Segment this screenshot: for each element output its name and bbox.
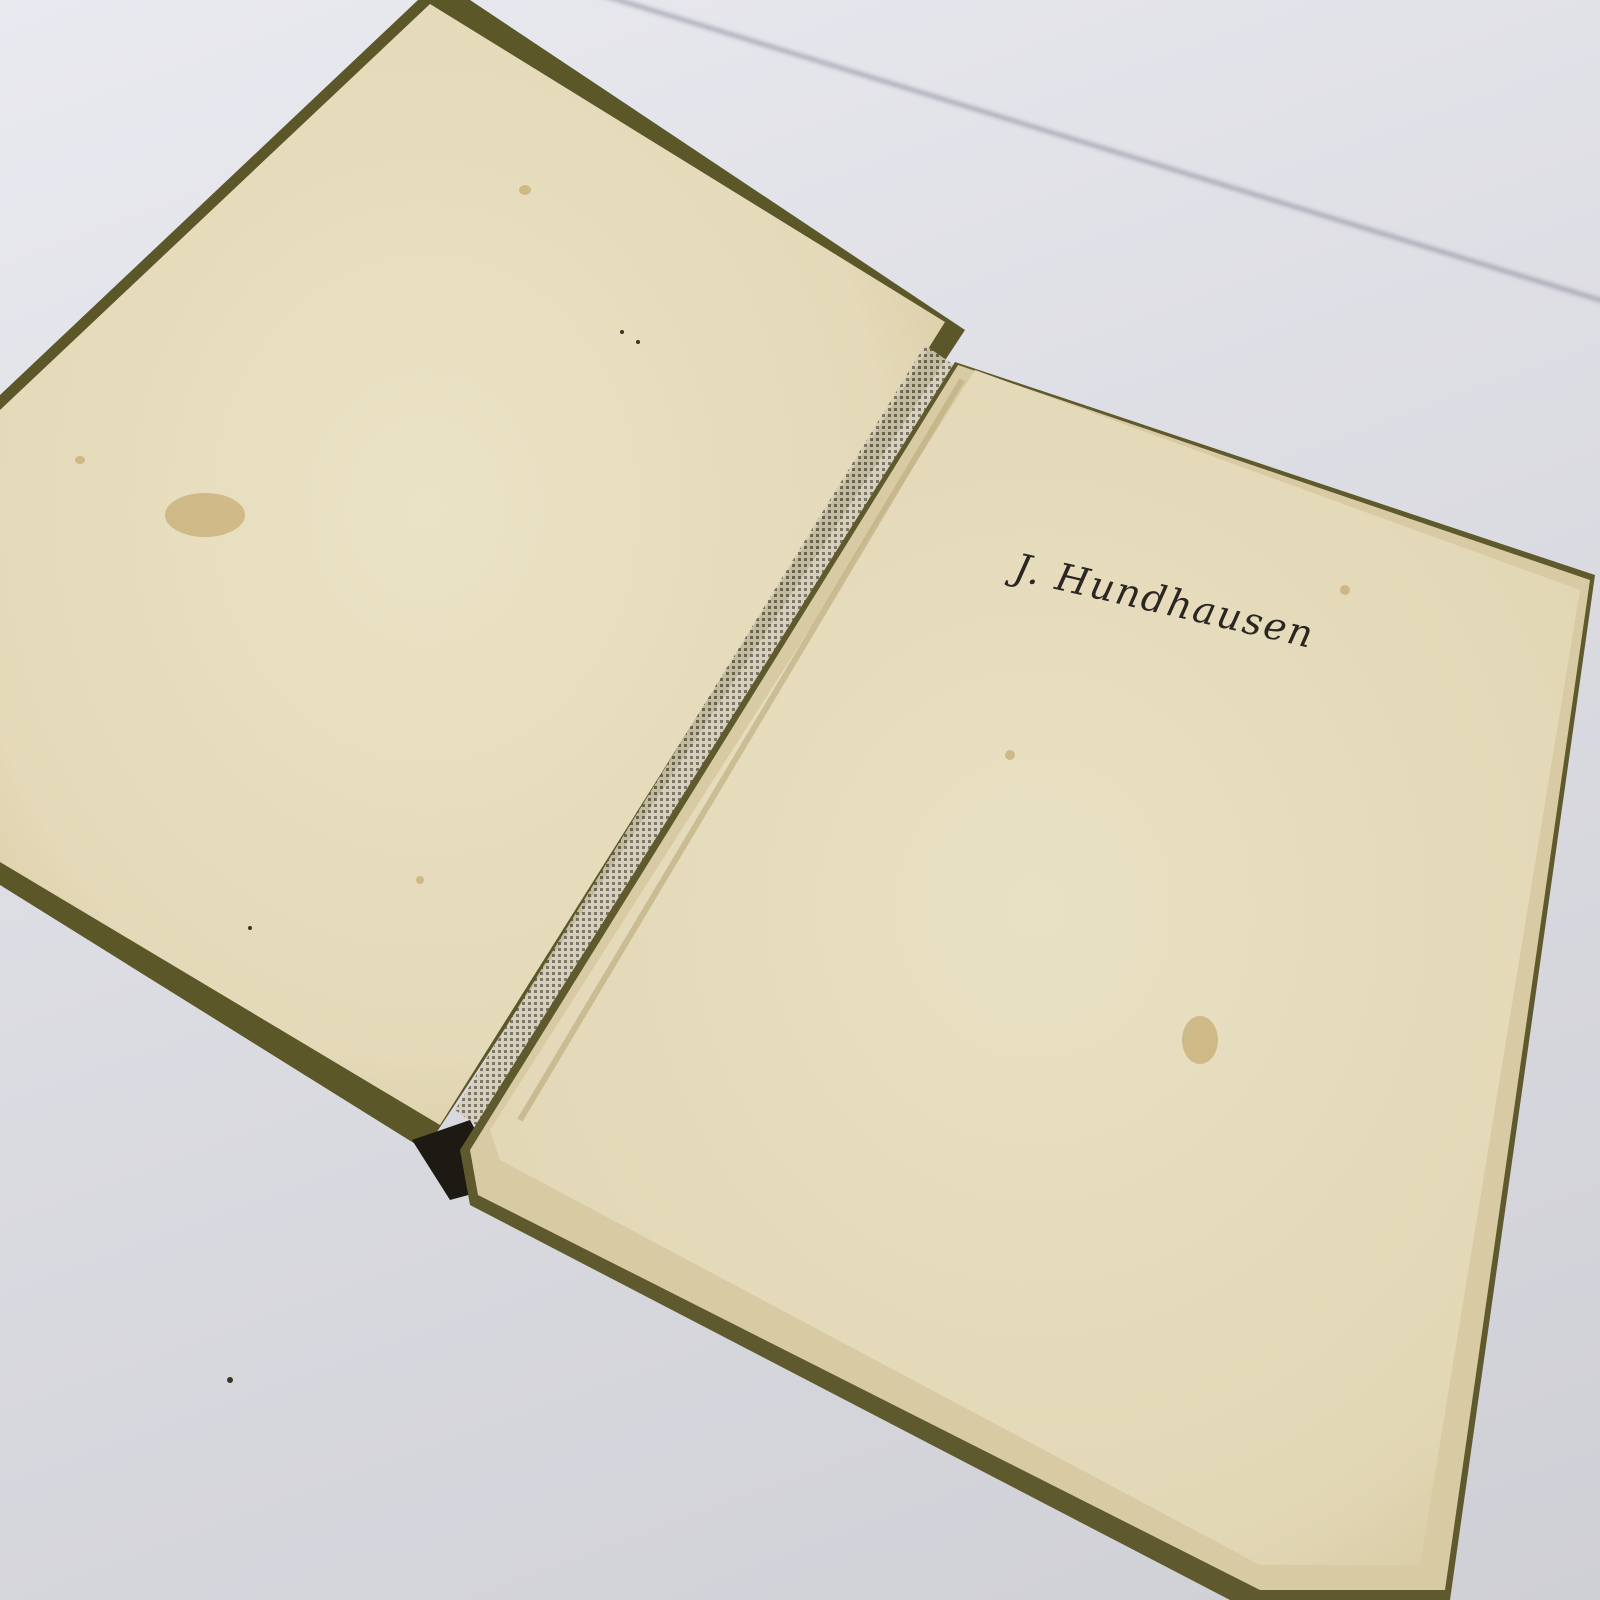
open-book (0, 0, 1600, 1600)
photo-scene: J. Hundhausen (0, 0, 1600, 1600)
